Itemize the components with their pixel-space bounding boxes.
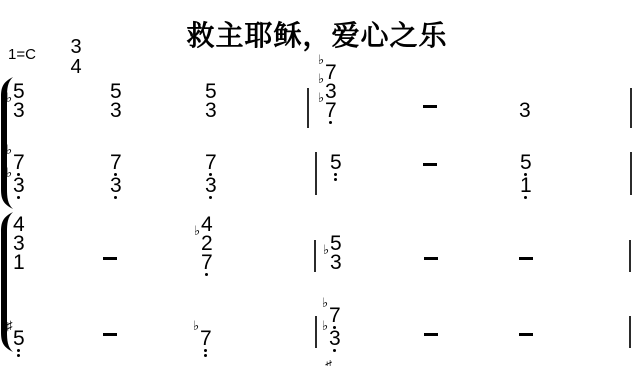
chord-note: 3♭: [13, 100, 25, 122]
note: 3: [519, 100, 531, 122]
duration-dash: [424, 257, 438, 260]
note-digit: 7: [110, 152, 122, 173]
duration-dash: [519, 257, 533, 260]
note: 5: [330, 152, 342, 174]
note-digit: 5: [330, 152, 342, 173]
note-digit: 5: [13, 328, 25, 349]
duration-dash: [424, 333, 438, 336]
duration-dash: [423, 105, 437, 108]
chord-note: 1: [520, 175, 532, 197]
flat-accidental: ♭: [193, 319, 199, 332]
score-canvas: 救主耶稣，爱心之乐 1=C 3 4 53♭53537♭3♭7♭37♭3♭7373…: [0, 0, 634, 366]
note-digit: 3: [329, 328, 341, 349]
octave-dot: [333, 349, 336, 352]
time-signature-numerator: 3: [62, 37, 90, 57]
note-digit: 3: [205, 100, 217, 121]
note-digit: 5: [520, 152, 532, 173]
chord-note: 3♭: [330, 252, 342, 274]
note-digit: 3: [13, 175, 25, 196]
flat-accidental: ♭: [6, 91, 12, 104]
octave-dot: [205, 273, 208, 276]
octave-dot: [524, 196, 527, 199]
octave-dot: [204, 354, 207, 357]
note-digit: 7: [205, 152, 217, 173]
flat-accidental: ♭: [6, 143, 12, 156]
chord-note: 7♭: [329, 305, 341, 327]
note-digit: 1: [520, 175, 532, 196]
duration-dash: [423, 163, 437, 166]
note-digit: 3: [13, 100, 25, 121]
flat-accidental: ♭: [322, 319, 328, 332]
note: 7♭: [200, 328, 212, 350]
octave-dot: [334, 173, 337, 176]
note-digit: 7: [325, 100, 337, 121]
octave-dot: [204, 349, 207, 352]
note-digit: 7: [329, 305, 341, 326]
note: 5♯: [13, 328, 25, 350]
song-title: 救主耶稣，爱心之乐: [0, 14, 634, 54]
chord-note: 7♭: [325, 100, 337, 122]
note-digit: 3: [519, 100, 531, 121]
octave-dot: [17, 196, 20, 199]
chord-note: 3♭: [329, 328, 341, 350]
octave-dot: [17, 349, 20, 352]
note-digit: 3: [330, 252, 342, 273]
chord-note: 3: [110, 175, 122, 197]
flat-accidental: ♭: [194, 224, 200, 237]
chord-note: 3: [205, 100, 217, 122]
octave-dot: [17, 354, 20, 357]
barline: [315, 316, 317, 348]
sharp-accidental: ♯: [6, 319, 13, 332]
key-signature: 1=C: [8, 46, 36, 63]
chord-note: 7♭: [13, 152, 25, 174]
note-digit: 3: [110, 175, 122, 196]
note-digit: 7: [200, 328, 212, 349]
chord-note: 7: [205, 152, 217, 174]
chord-note: 3: [110, 100, 122, 122]
note-digit: 7: [13, 152, 25, 173]
octave-dot: [334, 178, 337, 181]
time-signature: 3 4: [62, 37, 90, 77]
chord-note: 3♭: [13, 175, 25, 197]
flat-accidental: ♭: [318, 53, 324, 66]
octave-dot: [329, 121, 332, 124]
duration-dash: [519, 333, 533, 336]
barline: [629, 316, 631, 348]
barline: [630, 88, 632, 128]
barline: [307, 88, 309, 128]
chord-note: 3: [205, 175, 217, 197]
note-digit: 3: [110, 100, 122, 121]
flat-accidental: ♭: [323, 243, 329, 256]
note-digit: 7: [201, 252, 213, 273]
barline: [630, 152, 632, 195]
duration-dash: [103, 257, 117, 260]
note-digit: 3: [205, 175, 217, 196]
barline: [314, 240, 316, 272]
chord-note: 7: [201, 252, 213, 274]
barline: [629, 240, 631, 272]
note-digit: 1: [13, 252, 25, 273]
chord-note: 7: [110, 152, 122, 174]
barline: [315, 152, 317, 195]
flat-accidental: ♭: [318, 72, 324, 85]
flat-accidental: ♭: [322, 296, 328, 309]
chord-note: 1: [13, 252, 25, 274]
duration-dash: [103, 333, 117, 336]
time-signature-denominator: 4: [62, 57, 90, 77]
octave-dot: [209, 196, 212, 199]
sharp-accidental-partial: ♯: [325, 358, 332, 366]
flat-accidental: ♭: [6, 166, 12, 179]
octave-dot: [114, 196, 117, 199]
flat-accidental: ♭: [318, 91, 324, 104]
chord-note: 5: [520, 152, 532, 174]
